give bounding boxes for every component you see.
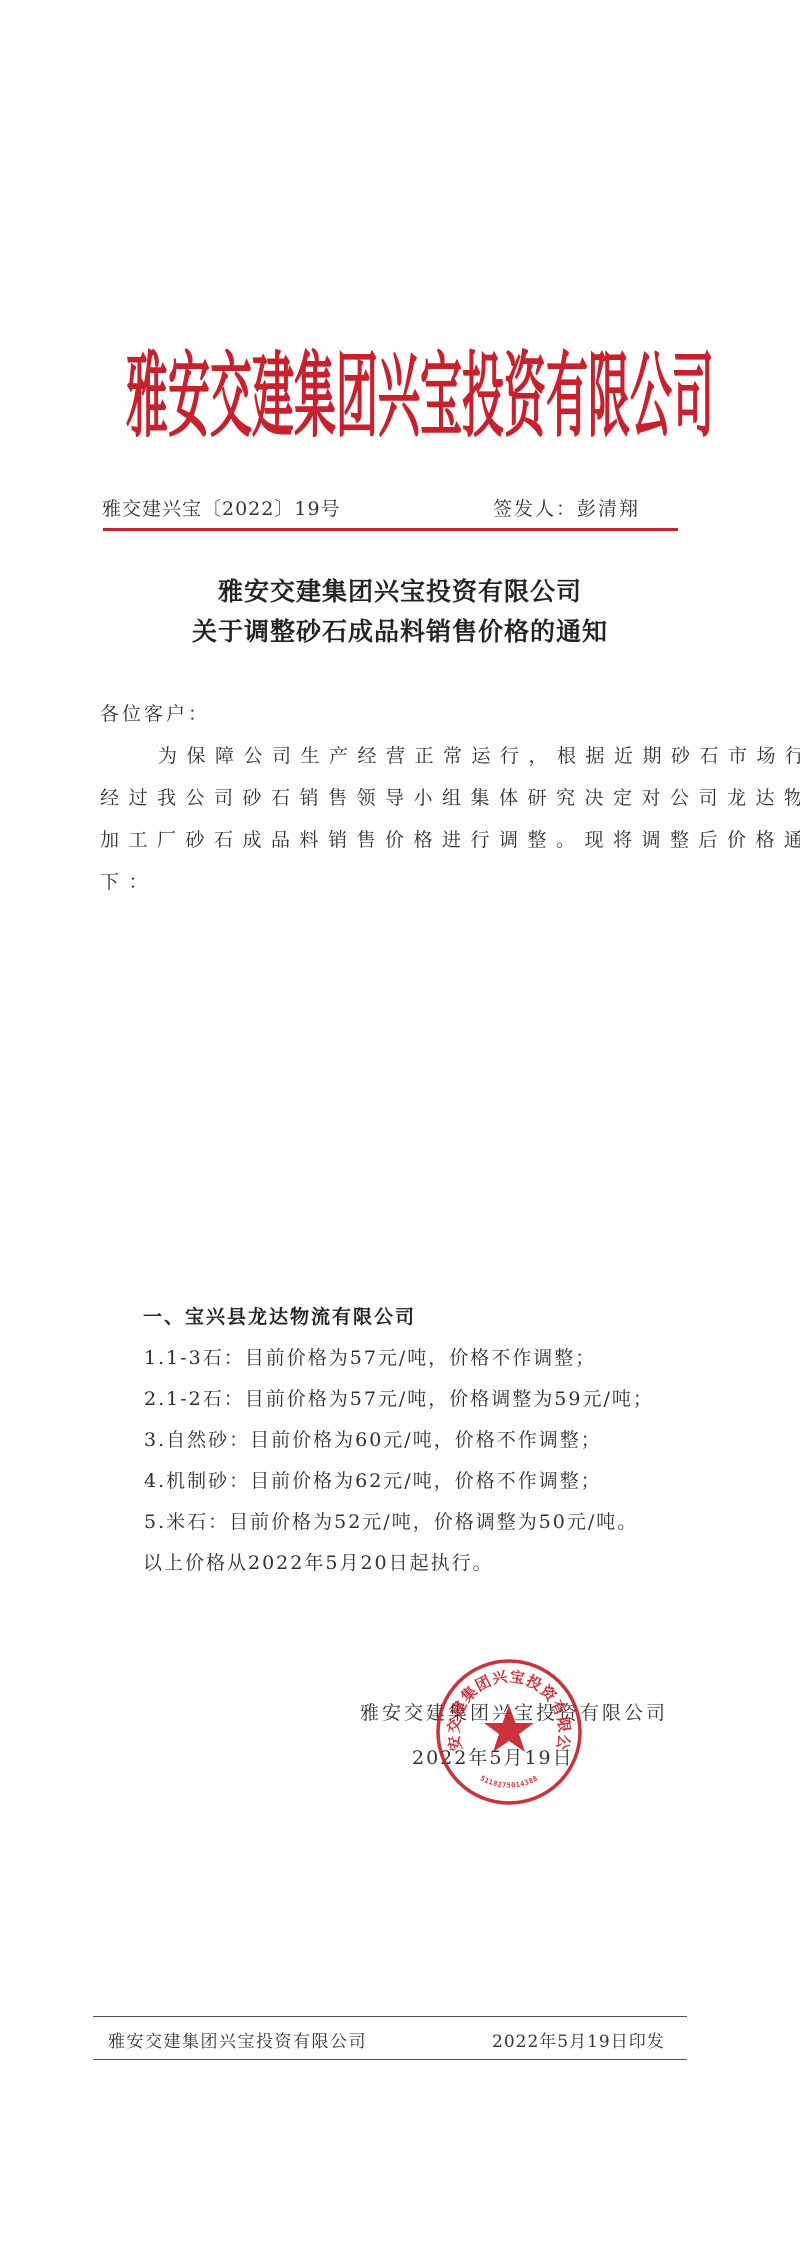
section-heading: 一、宝兴县龙达物流有限公司	[143, 1302, 416, 1329]
price-item: 3.自然砂：目前价格为60元/吨，价格不作调整；	[144, 1425, 602, 1452]
price-item: 1.1-3石：目前价格为57元/吨，价格不作调整；	[144, 1343, 596, 1370]
body-paragraph-line: 下：	[100, 867, 157, 894]
body-paragraph-line: 加工厂砂石成品料销售价格进行调整。现将调整后价格通知如	[100, 825, 800, 852]
notice-title-line-1: 雅安交建集团兴宝投资有限公司	[0, 572, 800, 608]
masthead-title: 雅安交建集团兴宝投资有限公司	[126, 283, 666, 512]
price-item: 4.机制砂：目前价格为62元/吨，价格不作调整；	[144, 1466, 602, 1493]
svg-text:5118275014388: 5118275014388	[479, 1774, 539, 1789]
company-seal-icon: 雅安交建集团兴宝投资有限公司 5118275014388	[434, 1657, 584, 1807]
notice-title-line-2: 关于调整砂石成品料销售价格的通知	[0, 612, 800, 648]
body-paragraph-line: 为保障公司生产经营正常运行，根据近期砂石市场行情，	[158, 741, 800, 768]
footer-divider-bottom	[93, 2059, 687, 2060]
salutation: 各位客户：	[100, 699, 210, 726]
document-number: 雅交建兴宝〔2022〕19号	[102, 494, 341, 521]
footer-issuer: 雅安交建集团兴宝投资有限公司	[108, 2027, 367, 2052]
red-divider	[103, 528, 678, 531]
signer: 签发人：彭清翔	[493, 494, 640, 521]
footer-divider-top	[93, 2016, 687, 2017]
footer-print-date: 2022年5月19日印发	[492, 2027, 665, 2052]
price-item: 5.米石：目前价格为52元/吨，价格调整为50元/吨。	[144, 1507, 638, 1534]
body-paragraph-line: 经过我公司砂石销售领导小组集体研究决定对公司龙达物流代	[100, 783, 800, 810]
effective-date-statement: 以上价格从2022年5月20日起执行。	[143, 1548, 494, 1575]
document-page: 雅安交建集团兴宝投资有限公司 雅交建兴宝〔2022〕19号 签发人：彭清翔 雅安…	[0, 0, 800, 2261]
seal-graphic: 雅安交建集团兴宝投资有限公司 5118275014388	[434, 1657, 584, 1807]
price-item: 2.1-2石：目前价格为57元/吨，价格调整为59元/吨；	[144, 1384, 654, 1411]
